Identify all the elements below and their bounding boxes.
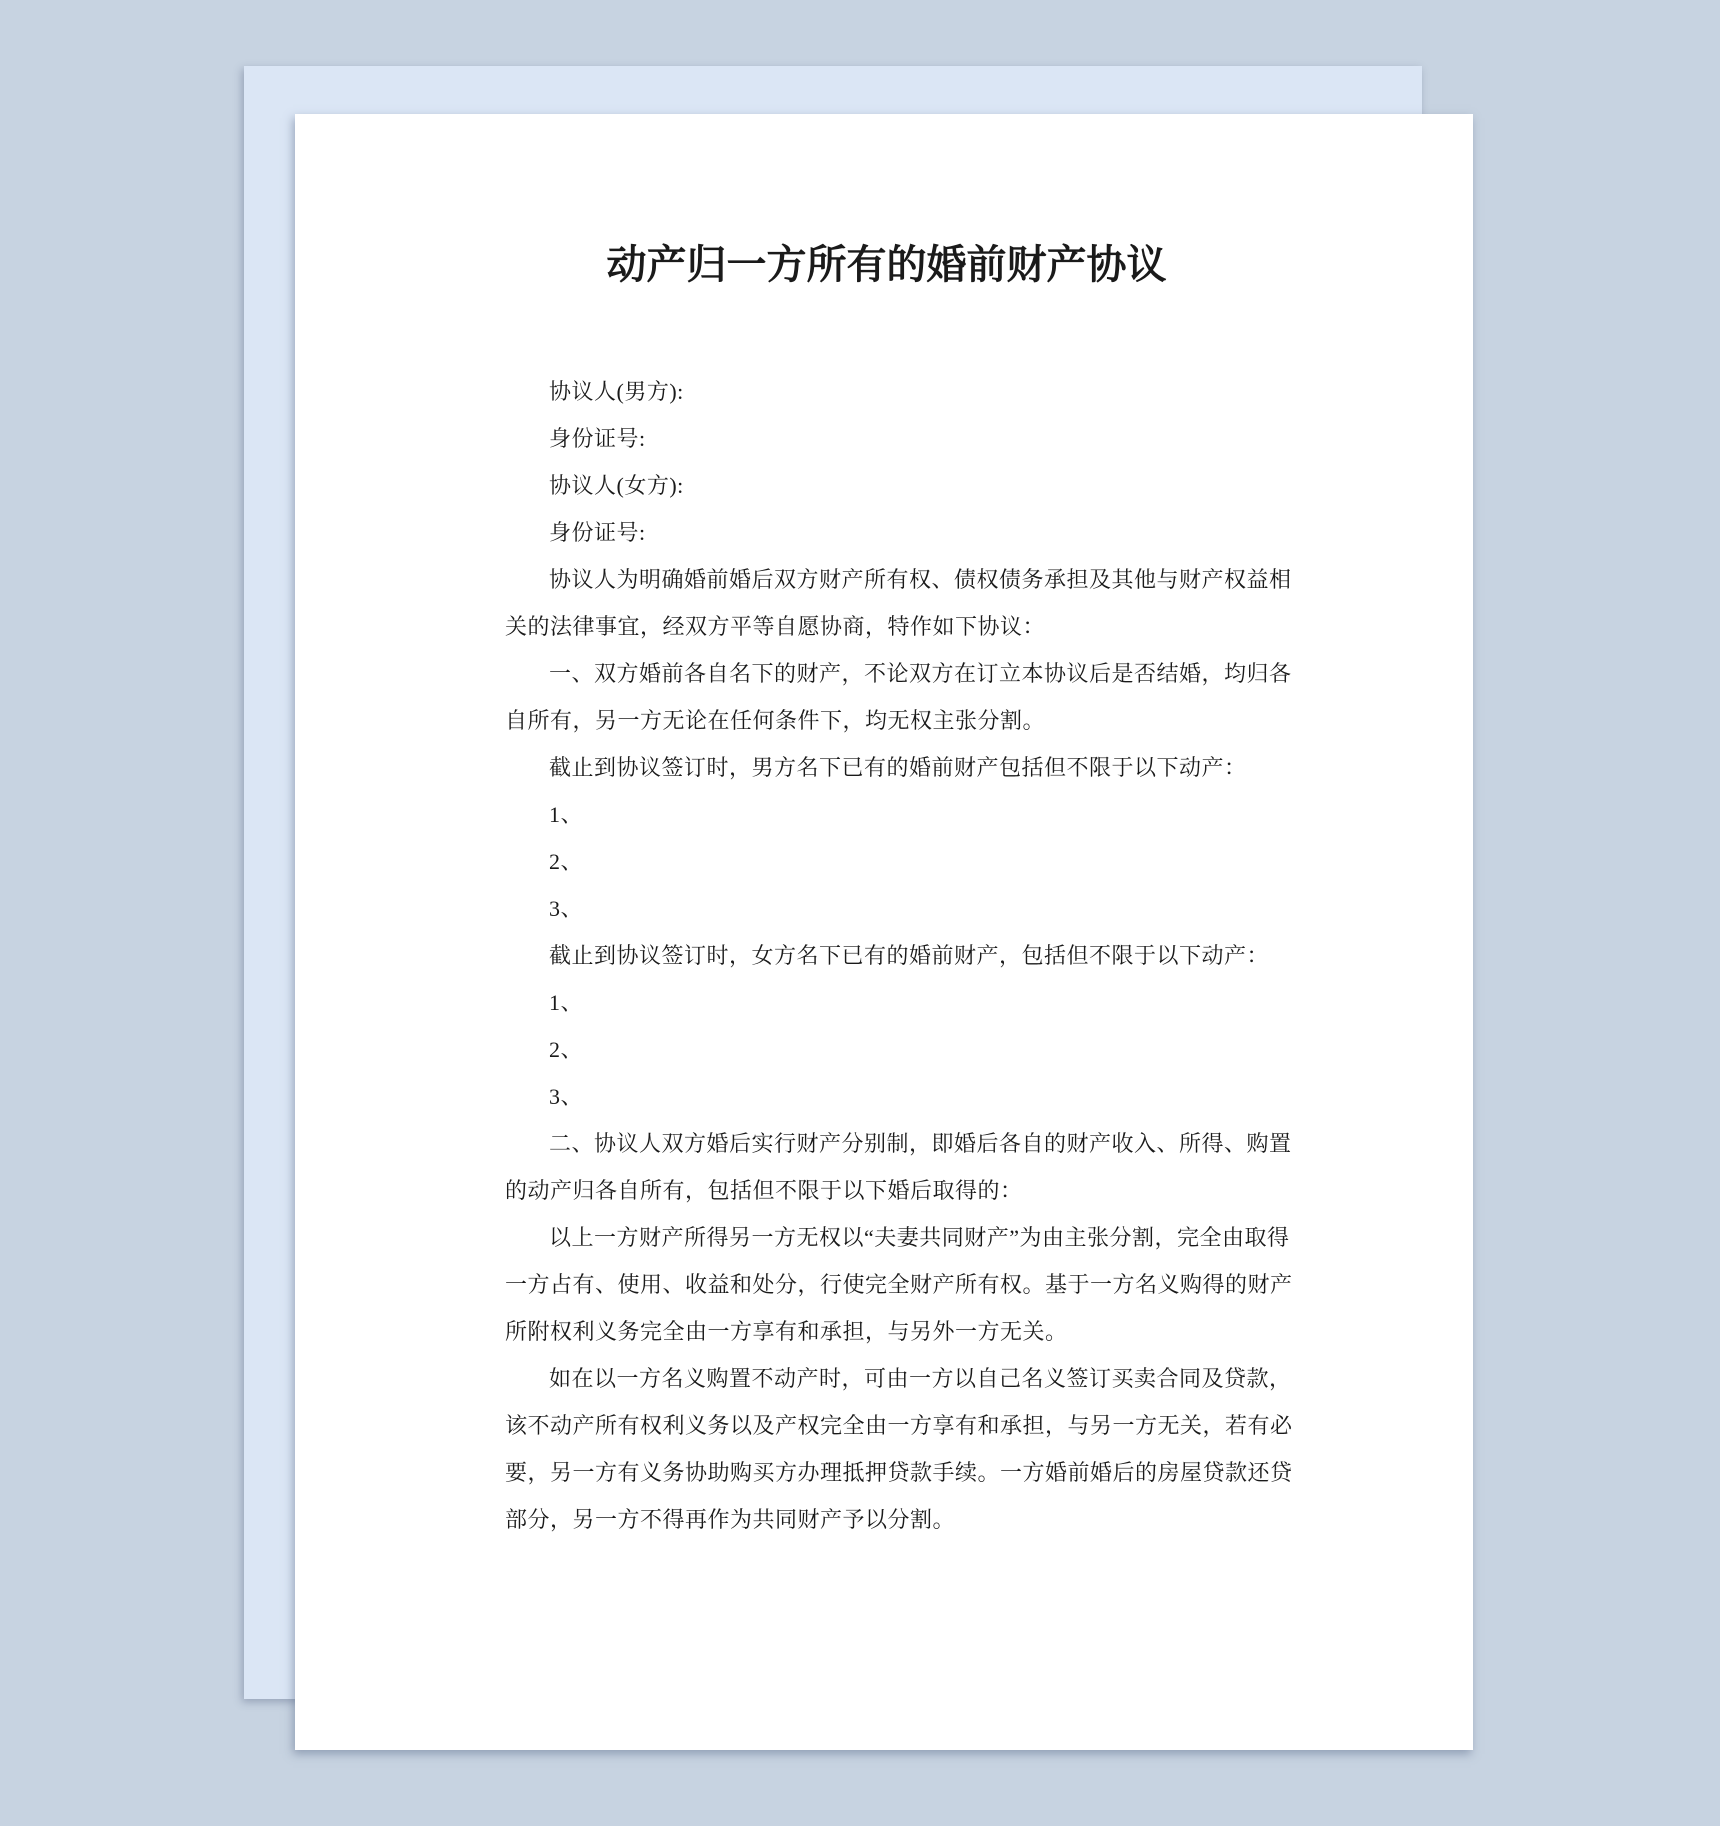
line-id-number-male: 身份证号: <box>505 415 1268 462</box>
document-line: 如在以一方名义购置不动产时，可由一方以自己名义签订买卖合同及贷款， <box>505 1355 1268 1402</box>
document-page: 动产归一方所有的婚前财产协议 协议人(男方): 身份证号: 协议人(女方): 身… <box>295 114 1473 1750</box>
document-line: 关的法律事宜，经双方平等自愿协商，特作如下协议： <box>505 603 1268 650</box>
desktop-background: 动产归一方所有的婚前财产协议 协议人(男方): 身份证号: 协议人(女方): 身… <box>0 0 1720 1826</box>
document-line: 截止到协议签订时，男方名下已有的婚前财产包括但不限于以下动产： <box>505 744 1268 791</box>
list-item-3: 3、 <box>505 885 1268 932</box>
document-line: 一方占有、使用、收益和处分，行使完全财产所有权。基于一方名义购得的财产 <box>505 1261 1268 1308</box>
document-line: 该不动产所有权利义务以及产权完全由一方享有和承担，与另一方无关，若有必 <box>505 1402 1268 1449</box>
line-id-number-female: 身份证号: <box>505 509 1268 556</box>
document-line: 以上一方财产所得另一方无权以“夫妻共同财产”为由主张分割，完全由取得 <box>505 1214 1268 1261</box>
list-item-2: 2、 <box>505 838 1268 885</box>
list-item-1: 1、 <box>505 791 1268 838</box>
document-line: 部分，另一方不得再作为共同财产予以分割。 <box>505 1496 1268 1543</box>
list-item-1: 1、 <box>505 979 1268 1026</box>
list-item-3: 3、 <box>505 1073 1268 1120</box>
document-line: 的动产归各自所有，包括但不限于以下婚后取得的： <box>505 1167 1268 1214</box>
document-line: 协议人为明确婚前婚后双方财产所有权、债权债务承担及其他与财产权益相 <box>505 556 1268 603</box>
document-line: 一、双方婚前各自名下的财产，不论双方在订立本协议后是否结婚，均归各 <box>505 650 1268 697</box>
document-line: 二、协议人双方婚后实行财产分别制，即婚后各自的财产收入、所得、购置 <box>505 1120 1268 1167</box>
list-item-2: 2、 <box>505 1026 1268 1073</box>
line-party-female: 协议人(女方): <box>505 462 1268 509</box>
document-line: 自所有，另一方无论在任何条件下，均无权主张分割。 <box>505 697 1268 744</box>
document-title: 动产归一方所有的婚前财产协议 <box>505 236 1268 294</box>
line-party-male: 协议人(男方): <box>505 368 1268 415</box>
document-line: 截止到协议签订时，女方名下已有的婚前财产，包括但不限于以下动产： <box>505 932 1268 979</box>
document-line: 所附权利义务完全由一方享有和承担，与另外一方无关。 <box>505 1308 1268 1355</box>
document-line: 要，另一方有义务协助购买方办理抵押贷款手续。一方婚前婚后的房屋贷款还贷 <box>505 1449 1268 1496</box>
document-body: 协议人(男方): 身份证号: 协议人(女方): 身份证号: 协议人为明确婚前婚后… <box>505 368 1268 1543</box>
